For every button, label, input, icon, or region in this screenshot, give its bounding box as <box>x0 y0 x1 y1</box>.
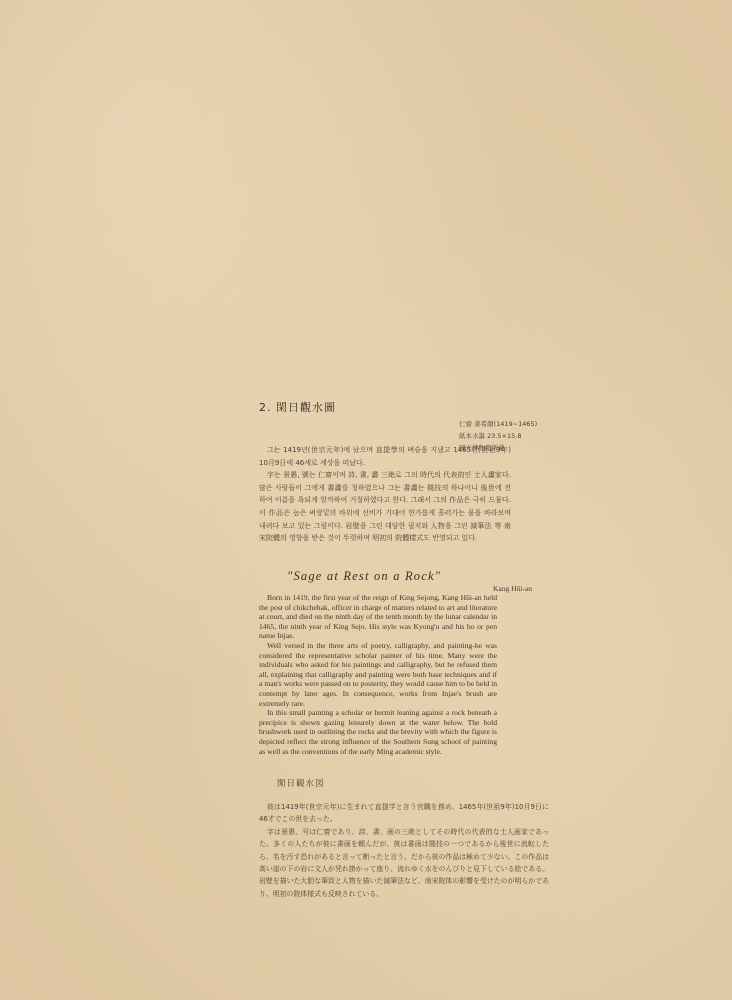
scanned-page: 2. 閑日觀水圖 仁齋 姜希顔(1419~1465) 紙本水墨 23.5×15.… <box>0 0 732 1000</box>
korean-paragraph: 그는 1419년(世宗元年)에 났으며 直提學의 벼슬을 지냈고 1465년(世… <box>259 444 511 469</box>
english-author: Kang Hŭi-an <box>493 584 532 593</box>
section-title: 2. 閑日觀水圖 <box>259 399 336 415</box>
english-paragraph: Well versed in the three arts of poetry,… <box>259 641 497 708</box>
medium-size-line: 紙本水墨 23.5×15.8 <box>459 430 537 442</box>
japanese-paragraph: 字は景愚、号は仁齋であり、詩、書、画の三絶としてその時代の代表的な士人画家であっ… <box>259 826 549 900</box>
english-description: Born in 1419, the first year of the reig… <box>259 593 497 756</box>
english-paragraph: In this small painting a scholar or herm… <box>259 708 497 756</box>
english-title: "Sage at Rest on a Rock" <box>287 569 441 584</box>
korean-description: 그는 1419년(世宗元年)에 났으며 直提學의 벼슬을 지냈고 1465년(世… <box>259 444 511 545</box>
english-paragraph: Born in 1419, the first year of the reig… <box>259 593 497 641</box>
japanese-paragraph: 彼は1419年(世宗元年)に生まれて直提学と言う官職を務め、1465年(世祖9年… <box>259 801 549 826</box>
korean-paragraph: 字는 景愚, 號는 仁齋이며 詩, 書, 畵 三絶로 그의 時代의 代表的인 士… <box>259 469 511 545</box>
japanese-title: 閑日観水図 <box>277 777 325 789</box>
artist-line: 仁齋 姜希顔(1419~1465) <box>459 418 537 430</box>
japanese-description: 彼は1419年(世宗元年)に生まれて直提学と言う官職を務め、1465年(世祖9年… <box>259 801 549 900</box>
